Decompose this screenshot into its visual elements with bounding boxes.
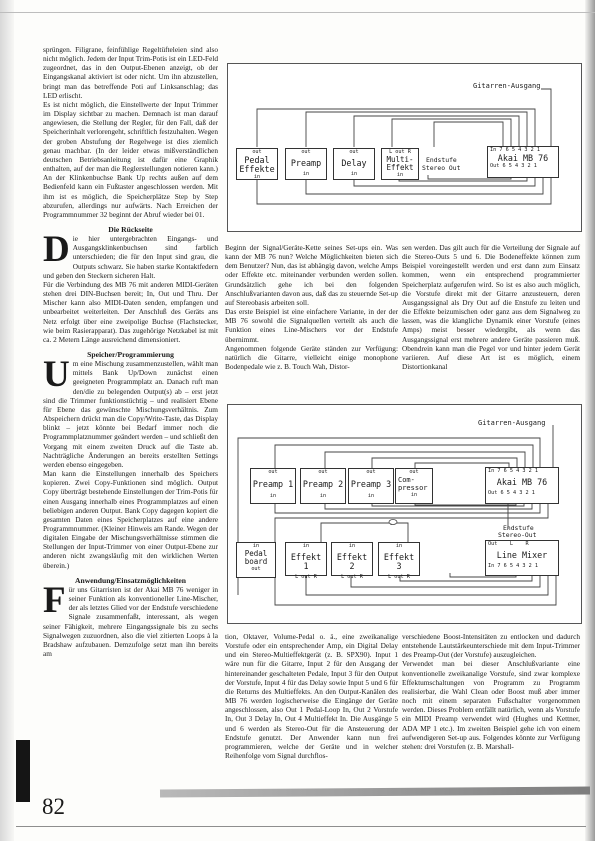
text-column-right: sen werden. Das gilt auch für die Vertei… (402, 243, 580, 371)
paragraph: sprüngen. Filigrane, feinfühlige Regeltü… (43, 45, 218, 100)
drop-cap: F (43, 586, 66, 616)
text-column-middle: Beginn der Signal/Geräte-Kette seines Se… (225, 243, 398, 371)
page-number: 82 (42, 794, 65, 820)
box-effect-1: in Effekt 1 L out R (285, 542, 327, 576)
scan-bottom-line (16, 826, 586, 827)
box-delay: out Delay in (333, 148, 375, 180)
paragraph: Die hier untergebrachten Eingangs- und A… (43, 234, 218, 280)
text-column-right-lower: verschiedene Boost-Intensitäten zu entlo… (402, 632, 580, 751)
drop-cap: D (43, 235, 70, 265)
box-akai-mb76: In 7 6 5 4 3 2 1 Akai MB 76 Out 6 5 4 3 … (487, 146, 559, 178)
wiring-diagram-2: Gitarren-Ausgang out Preamp 1 in out Pre… (227, 404, 582, 624)
box-akai-mb76: In 7 6 5 4 3 2 1 Akai MB 76 Out 6 5 4 3 … (485, 467, 559, 504)
box-preamp-2: out Preamp 2 in (300, 468, 346, 504)
drop-cap: U (43, 360, 70, 390)
box-compressor: out Com- pressor in (395, 468, 433, 504)
paragraph: tion, Oktaver, Volume-Pedal o. ä., eine … (225, 632, 398, 760)
paragraph: Verwendet man bei dieser Anschlußvariant… (402, 659, 580, 751)
text-column-middle-lower: tion, Oktaver, Volume-Pedal o. ä., eine … (225, 632, 398, 760)
wiring-diagram-1: Gitarren-Ausgang out Pedal Effekte in ou… (227, 63, 582, 232)
scan-edge-left (0, 0, 14, 841)
scan-shadow-band (160, 786, 590, 797)
text-column-left: sprüngen. Filigrane, feinfühlige Regeltü… (43, 45, 218, 658)
box-effect-2: in Effekt 2 L out R (331, 542, 373, 576)
power-amp-label: Endstufe (426, 156, 457, 164)
paragraph: verschiedene Boost-Intensitäten zu entlo… (402, 632, 580, 659)
box-multi-effect: L out R Multi- Effekt in (381, 148, 419, 180)
box-pedalboard: in Pedal board out (236, 542, 276, 578)
paragraph: Für die Verbindung des MB 76 mit anderen… (43, 280, 218, 344)
scan-edge-right (585, 0, 595, 841)
box-preamp-3: out Preamp 3 in (348, 468, 394, 504)
guitar-output-label: Gitarren-Ausgang (473, 82, 540, 90)
paragraph: Das erste Beispiel ist eine einfachere V… (225, 307, 398, 344)
scan-binding-shadow (16, 740, 30, 802)
stereo-out-label: Stereo Out (422, 164, 460, 172)
wiring-lines (228, 405, 581, 623)
box-pedal-effects: out Pedal Effekte in (236, 148, 278, 180)
paragraph: Beginn der Signal/Geräte-Kette seines Se… (225, 243, 398, 307)
stereo-out-label: Stereo-Out (498, 531, 536, 539)
guitar-output-label: Gitarren-Ausgang (478, 419, 545, 427)
box-preamp-1: out Preamp 1 in (250, 468, 296, 504)
paragraph: Um eine Mischung zusammenzustellen, wähl… (43, 359, 218, 469)
box-effect-3: in Effekt 3 L out R (378, 542, 420, 576)
scan-top-line (0, 12, 595, 13)
paragraph: Man kann die Einstellungen innerhalb des… (43, 469, 218, 570)
paragraph: Es ist nicht möglich, die Einstellwerte … (43, 100, 218, 219)
paragraph: Für uns Gitarristen ist der Akai MB 76 w… (43, 585, 218, 658)
paragraph: Angenommen folgende Geräte ständen zur V… (225, 344, 398, 371)
paragraph: sen werden. Das gilt auch für die Vertei… (402, 243, 580, 371)
box-line-mixer: Out L R Line Mixer In 7 6 5 4 3 2 1 (485, 540, 559, 576)
section-heading: Anwendung/Einsatzmöglichkeiten (43, 576, 218, 585)
box-preamp: out Preamp in (285, 148, 327, 180)
